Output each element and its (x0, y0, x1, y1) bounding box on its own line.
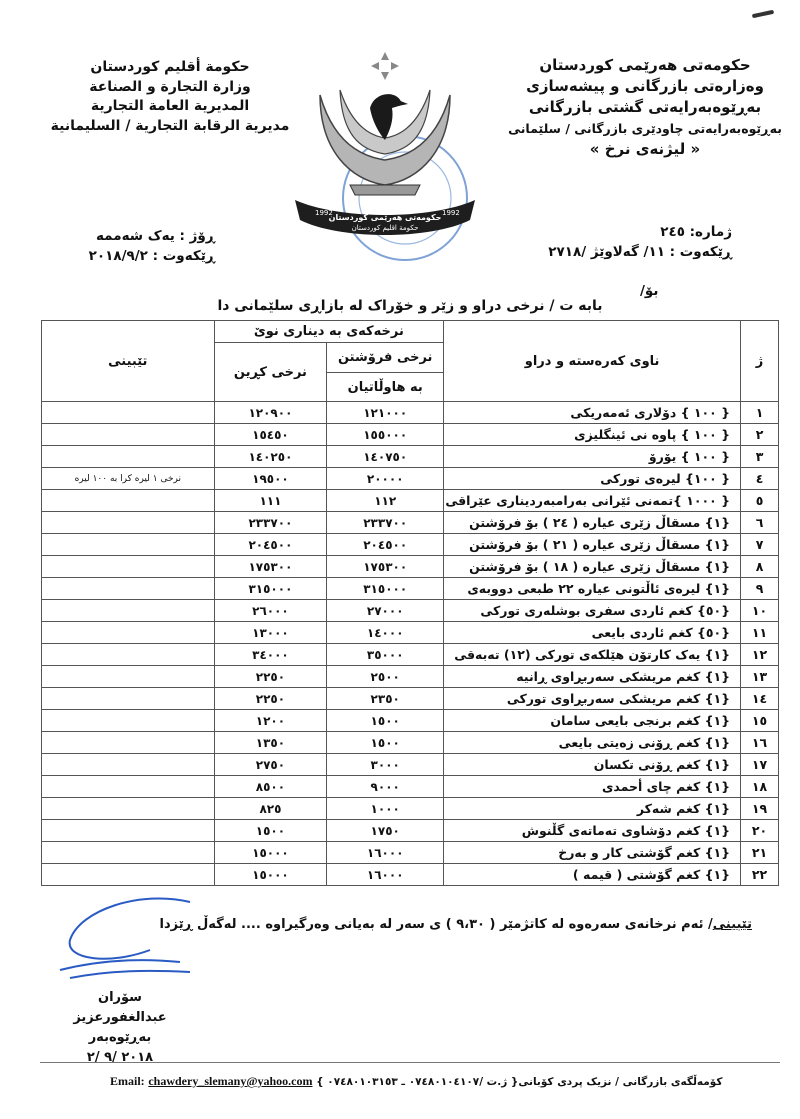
gregorian-date-line: ڕێکەوت : ٢٠١٨/٩/٢ (75, 246, 215, 266)
buy-price: ١٥٠٠٠ (214, 864, 327, 886)
row-index: ٣ (741, 446, 779, 468)
sell-price: ١٧٥٣٠٠ (327, 556, 444, 578)
header-index: ژ (741, 321, 779, 402)
sell-price: ١٧٥٠ (327, 820, 444, 842)
item-name: { ١٠٠} لیرەی تورکی (444, 468, 741, 490)
row-index: ٢٠ (741, 820, 779, 842)
sell-price: ٢٣٣٧٠٠ (327, 512, 444, 534)
kurdish-committee-line: « لیژنەی نرخ » (490, 139, 800, 160)
buy-price: ٣١٥٠٠٠ (214, 578, 327, 600)
ribbon-text-kurdish: حکومەتی هەرێمی کوردستان (329, 213, 442, 222)
row-index: ٢ (741, 424, 779, 446)
row-note (42, 534, 215, 556)
date-value: ٢٠١٨/٩/٢ (89, 248, 148, 264)
kurdish-directorate-line: بەڕێوەبەرایەتی گشتی بازرگانی (490, 97, 800, 118)
buy-price: ٢٧٥٠ (214, 754, 327, 776)
signature-block: سۆران عبدالغفورعزیز بەڕێوەبەر ٢٠١٨ /٩ /٢ (50, 988, 190, 1068)
item-name: {١} کغم دۆشاوی تەماتەی گڵنوش (444, 820, 741, 842)
item-name: {١} کغم مریشکی سەربڕاوی تورکی (444, 688, 741, 710)
sell-price: ١٤٠٠٠ (327, 622, 444, 644)
footer-divider (40, 1062, 780, 1063)
row-index: ١٨ (741, 776, 779, 798)
sell-price: ١١٢ (327, 490, 444, 512)
row-index: ٦ (741, 512, 779, 534)
kurdistan-emblem-logo: حکومەتی هەرێمی کوردستان حكومة اقليم كورد… (290, 50, 480, 280)
buy-price: ١٥٠٠ (214, 820, 327, 842)
kurdish-ministry-line: وەزارەتی بازرگانی و پیشەسازی (490, 76, 800, 97)
row-index: ٧ (741, 534, 779, 556)
price-table: ژ ناوی کەرەستە و دراو نرخەکەی بە دیناری … (41, 320, 779, 886)
buy-price: ١٢٠٠ (214, 710, 327, 732)
row-note (42, 600, 215, 622)
item-name: {١} مسقاڵ زێری عیارە ( ٢١ ) بۆ فرۆشتن (444, 534, 741, 556)
kurdish-date-label: ڕێکەوت : (670, 244, 732, 260)
table-row: ١٨{١} کغم چای أحمدی٩٠٠٠٨٥٠٠ (42, 776, 779, 798)
arabic-letterhead: حكومة أقليم كوردستان وزارة التجارة و الص… (40, 58, 300, 136)
buy-price: ٣٤٠٠٠ (214, 644, 327, 666)
header-item-name: ناوی کەرەستە و دراو (444, 321, 741, 402)
row-index: ٢١ (741, 842, 779, 864)
footnote-text: / ئەم نرخانەی سەرەوە لە کاتژمێر ( ٩،٣٠ )… (160, 917, 713, 932)
row-note (42, 754, 215, 776)
row-note (42, 556, 215, 578)
table-row: ١٩{١} کغم شەکر١٠٠٠٨٢٥ (42, 798, 779, 820)
kurdish-date-value: ١١/ گەلاوێژ /٢٧١٨ (548, 244, 665, 260)
row-note (42, 666, 215, 688)
header-sell-price: نرخی فرۆشتن (327, 343, 444, 373)
sell-price: ٣١٥٠٠٠ (327, 578, 444, 600)
buy-price: ٢٦٠٠٠ (214, 600, 327, 622)
item-name: {١} کغم گۆشتی کار و بەرخ (444, 842, 741, 864)
item-name: { ١٠٠٠ }تمەنی ئێرانی بەرامبەردیناری عێرا… (444, 490, 741, 512)
row-note (42, 490, 215, 512)
table-row: ٩{١} لیرەی ئاڵتونی عیارە ٢٢ طبعی دووبەی٣… (42, 578, 779, 600)
signer-title: بەڕێوەبەر (50, 1028, 190, 1048)
table-row: ٢٢{١} کغم گۆشتی ( قیمە )١٦٠٠٠١٥٠٠٠ (42, 864, 779, 886)
arabic-gov-line: حكومة أقليم كوردستان (40, 58, 300, 78)
kurdish-letterhead: حکومەتی هەرێمی کوردستان وەزارەتی بازرگان… (490, 55, 800, 160)
row-note (42, 864, 215, 886)
buy-price: ١٣٥٠ (214, 732, 327, 754)
item-name: {١} یەک کارتۆن هێلکەی تورکی (١٢) تەبەقی (444, 644, 741, 666)
sun-icon (371, 52, 399, 80)
row-note (42, 688, 215, 710)
buy-price: ٢٣٣٧٠٠ (214, 512, 327, 534)
table-row: ٢{ ١٠٠ } پاوە نی ئینگلیزی١٥٥٠٠٠١٥٤٥٠ (42, 424, 779, 446)
row-note (42, 402, 215, 424)
row-note (42, 842, 215, 864)
item-name: {١} کغم ڕۆنی تکسان (444, 754, 741, 776)
kurdish-date: ڕێکەوت : ١١/ گەلاوێژ /٢٧١٨ (548, 242, 732, 262)
day-label: ڕۆژ : (180, 228, 215, 244)
item-name: {٥٠} کغم ئاردی سفری بوشلەری تورکی (444, 600, 741, 622)
buy-price: ٨٢٥ (214, 798, 327, 820)
row-index: ٤ (741, 468, 779, 490)
recipient-label: بۆ/ (640, 283, 658, 299)
sell-price: ١٥٠٠ (327, 710, 444, 732)
header-sell-sub: بە هاوڵاتیان (327, 373, 444, 402)
email-link[interactable]: chawdery_slemany@yahoo.com (148, 1074, 312, 1088)
header-note: تێبینی (42, 321, 215, 402)
table-row: ١٠{٥٠} کغم ئاردی سفری بوشلەری تورکی٢٧٠٠٠… (42, 600, 779, 622)
date-block: ڕۆژ : یەک شەممە ڕێکەوت : ٢٠١٨/٩/٢ (75, 226, 215, 266)
row-note (42, 644, 215, 666)
buy-price: ١٩٥٠٠ (214, 468, 327, 490)
row-note (42, 710, 215, 732)
item-name: {٥٠} کغم ئاردی بایعی (444, 622, 741, 644)
sell-price: ٩٠٠٠ (327, 776, 444, 798)
sell-price: ١٢١٠٠٠ (327, 402, 444, 424)
row-index: ١٣ (741, 666, 779, 688)
ribbon-year-left: 1992 (315, 209, 333, 217)
row-note (42, 512, 215, 534)
row-note (42, 578, 215, 600)
row-index: ١٩ (741, 798, 779, 820)
item-name: {١} کغم مریشکی سەربڕاوی ڕانیە (444, 666, 741, 688)
row-index: ١١ (741, 622, 779, 644)
sell-price: ٢٣٥٠ (327, 688, 444, 710)
row-index: ١٧ (741, 754, 779, 776)
item-name: {١} مسقاڵ زێری عیارە ( ١٨ ) بۆ فرۆشتن (444, 556, 741, 578)
sell-price: ٣٥٠٠٠ (327, 644, 444, 666)
sell-price: ١٥٠٠ (327, 732, 444, 754)
item-name: {١} کغم چای أحمدی (444, 776, 741, 798)
buy-price: ١٢٠٩٠٠ (214, 402, 327, 424)
sell-price: ٢٥٠٠ (327, 666, 444, 688)
sell-price: ١٥٥٠٠٠ (327, 424, 444, 446)
item-name: {١} کغم ڕۆنی زەیتی بایعی (444, 732, 741, 754)
header-price-group: نرخەکەی بە دیناری نوێ (214, 321, 444, 343)
buy-price: ٢٢٥٠ (214, 688, 327, 710)
row-note (42, 732, 215, 754)
buy-price: ١٤٠٢٥٠ (214, 446, 327, 468)
arabic-ministry-line: وزارة التجارة و الصناعة (40, 78, 300, 98)
row-index: ٨ (741, 556, 779, 578)
arabic-directorate-line: المديرية العامة التجارية (40, 97, 300, 117)
buy-price: ١١١ (214, 490, 327, 512)
buy-price: ١٣٠٠٠ (214, 622, 327, 644)
signature-scribble-icon (50, 890, 200, 985)
row-note (42, 798, 215, 820)
row-index: ٢٢ (741, 864, 779, 886)
footer: Email: chawdery_slemany@yahoo.com کۆمەڵگ… (110, 1074, 775, 1089)
ribbon-year-right: 1992 (442, 209, 460, 217)
row-index: ٩ (741, 578, 779, 600)
row-note (42, 446, 215, 468)
table-row: ١٦{١} کغم ڕۆنی زەیتی بایعی١٥٠٠١٣٥٠ (42, 732, 779, 754)
row-index: ٥ (741, 490, 779, 512)
row-index: ١٠ (741, 600, 779, 622)
buy-price: ١٥٤٥٠ (214, 424, 327, 446)
sell-price: ٢٧٠٠٠ (327, 600, 444, 622)
table-row: ٦{١} مسقاڵ زێری عیارە ( ٢٤ ) بۆ فرۆشتن٢٣… (42, 512, 779, 534)
buy-price: ١٧٥٣٠٠ (214, 556, 327, 578)
row-note (42, 820, 215, 842)
table-row: ١٧{١} کغم ڕۆنی تکسان٣٠٠٠٢٧٥٠ (42, 754, 779, 776)
reference-number: ژمارە: ٢٤٥ (548, 222, 732, 242)
table-row: ٥{ ١٠٠٠ }تمەنی ئێرانی بەرامبەردیناری عێر… (42, 490, 779, 512)
sell-price: ١٠٠٠ (327, 798, 444, 820)
price-table-body: ١{ ١٠٠ } دۆلاری ئەمەریکی١٢١٠٠٠١٢٠٩٠٠٢{ ١… (42, 402, 779, 886)
footnote-label: تێبینی (713, 917, 752, 932)
row-index: ١٢ (741, 644, 779, 666)
row-index: ١٤ (741, 688, 779, 710)
contact-address: کۆمەڵگەی بازرگانی / نزیک پردی کۆبانی{ ژ.… (316, 1076, 722, 1088)
item-name: {١} مسقاڵ زێری عیارە ( ٢٤ ) بۆ فرۆشتن (444, 512, 741, 534)
item-name: {١} کغم برنجی بایعی سامان (444, 710, 741, 732)
item-name: { ١٠٠ } یۆرۆ (444, 446, 741, 468)
table-row: ٧{١} مسقاڵ زێری عیارە ( ٢١ ) بۆ فرۆشتن٢٠… (42, 534, 779, 556)
item-name: { ١٠٠ } پاوە نی ئینگلیزی (444, 424, 741, 446)
day-value: یەک شەممە (96, 228, 175, 244)
pen-mark (752, 10, 774, 18)
table-row: ١٥{١} کغم برنجی بایعی سامان١٥٠٠١٢٠٠ (42, 710, 779, 732)
signer-name: سۆران عبدالغفورعزیز (50, 988, 190, 1028)
row-note (42, 622, 215, 644)
sell-price: ٢٠٤٥٠٠ (327, 534, 444, 556)
date-label: ڕێکەوت : (153, 248, 215, 264)
sell-price: ١٦٠٠٠ (327, 842, 444, 864)
buy-price: ١٥٠٠٠ (214, 842, 327, 864)
buy-price: ٢٢٥٠ (214, 666, 327, 688)
number-label: ژمارە: (690, 224, 732, 240)
table-row: ٣{ ١٠٠ } یۆرۆ١٤٠٧٥٠١٤٠٢٥٠ (42, 446, 779, 468)
buy-price: ٢٠٤٥٠٠ (214, 534, 327, 556)
kurdish-office-line: بەڕێوەبەرایەتی چاودێری بازرگانی / سلێمان… (490, 118, 800, 139)
table-row: ٤{ ١٠٠} لیرەی تورکی٢٠٠٠٠١٩٥٠٠نرخی ١ لیرە… (42, 468, 779, 490)
subject-line: بابە ت / نرخی دراو و زێر و خۆراک لە بازا… (40, 298, 780, 314)
table-row: ٢١{١} کغم گۆشتی کار و بەرخ١٦٠٠٠١٥٠٠٠ (42, 842, 779, 864)
table-row: ١٤{١} کغم مریشکی سەربڕاوی تورکی٢٣٥٠٢٢٥٠ (42, 688, 779, 710)
email-label: Email: (110, 1074, 145, 1088)
sell-price: ٣٠٠٠ (327, 754, 444, 776)
row-note (42, 424, 215, 446)
arabic-office-line: مديرية الرقابة التجارية / السليمانية (40, 117, 300, 137)
table-row: ١٢{١} یەک کارتۆن هێلکەی تورکی (١٢) تەبەق… (42, 644, 779, 666)
table-row: ١٣{١} کغم مریشکی سەربڕاوی ڕانیە٢٥٠٠٢٢٥٠ (42, 666, 779, 688)
row-index: ١٥ (741, 710, 779, 732)
row-index: ١٦ (741, 732, 779, 754)
item-name: {١} کغم شەکر (444, 798, 741, 820)
sell-price: ١٦٠٠٠ (327, 864, 444, 886)
signature-date: ٢٠١٨ /٩ /٢ (50, 1048, 190, 1068)
row-index: ١ (741, 402, 779, 424)
table-row: ٨{١} مسقاڵ زێری عیارە ( ١٨ ) بۆ فرۆشتن١٧… (42, 556, 779, 578)
item-name: { ١٠٠ } دۆلاری ئەمەریکی (444, 402, 741, 424)
row-note (42, 776, 215, 798)
header-buy-price: نرخی کڕین (214, 343, 327, 402)
sell-price: ١٤٠٧٥٠ (327, 446, 444, 468)
row-note: نرخی ١ لیرە کرا بە ١٠٠ لیرە (42, 468, 215, 490)
number-value: ٢٤٥ (660, 224, 685, 240)
item-name: {١} کغم گۆشتی ( قیمە ) (444, 864, 741, 886)
kurdish-gov-line: حکومەتی هەرێمی کوردستان (490, 55, 800, 76)
table-row: ١١{٥٠} کغم ئاردی بایعی١٤٠٠٠١٣٠٠٠ (42, 622, 779, 644)
sell-price: ٢٠٠٠٠ (327, 468, 444, 490)
reference-block: ژمارە: ٢٤٥ ڕێکەوت : ١١/ گەلاوێژ /٢٧١٨ (548, 222, 732, 262)
day-line: ڕۆژ : یەک شەممە (75, 226, 215, 246)
ribbon-text-arabic: حكومة اقليم كوردستان (352, 224, 419, 232)
item-name: {١} لیرەی ئاڵتونی عیارە ٢٢ طبعی دووبەی (444, 578, 741, 600)
table-row: ٢٠{١} کغم دۆشاوی تەماتەی گڵنوش١٧٥٠١٥٠٠ (42, 820, 779, 842)
table-row: ١{ ١٠٠ } دۆلاری ئەمەریکی١٢١٠٠٠١٢٠٩٠٠ (42, 402, 779, 424)
buy-price: ٨٥٠٠ (214, 776, 327, 798)
